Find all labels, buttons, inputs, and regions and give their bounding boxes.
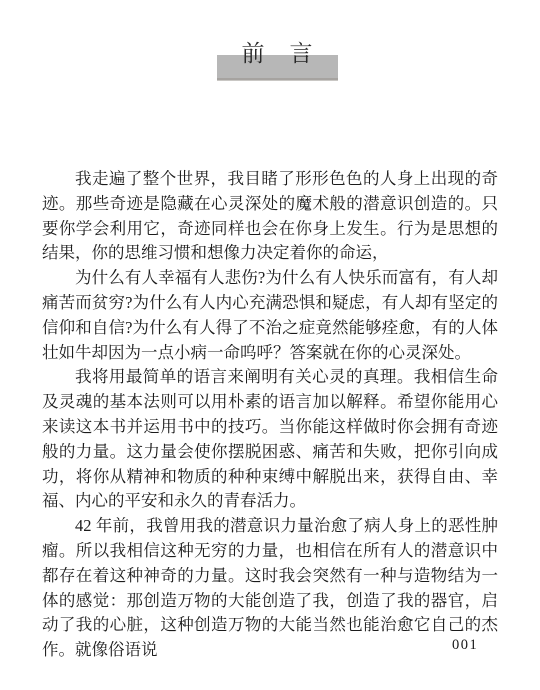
book-page: 前 言 我走遍了整个世界，我目睹了形形色色的人身上出现的奇迹。那些奇迹是隐藏在心… [0, 0, 540, 690]
body-text: 我走遍了整个世界，我目睹了形形色色的人身上出现的奇迹。那些奇迹是隐藏在心灵深处的… [42, 167, 498, 663]
page-title: 前 言 [217, 40, 338, 67]
paragraph: 我走遍了整个世界，我目睹了形形色色的人身上出现的奇迹。那些奇迹是隐藏在心灵深处的… [42, 167, 498, 266]
page-number: 001 [452, 637, 478, 654]
paragraph: 42 年前，我曾用我的潜意识力量治愈了病人身上的恶性肿瘤。所以我相信这种无穷的力… [42, 514, 498, 663]
paragraph: 为什么有人幸福有人悲伤?为什么有人快乐而富有，有人却痛苦而贫穷?为什么有人内心充… [42, 266, 498, 365]
paragraph: 我将用最简单的语言来阐明有关心灵的真理。我相信生命及灵魂的基本法则可以用朴素的语… [42, 365, 498, 514]
preface-title-block: 前 言 [217, 40, 338, 80]
